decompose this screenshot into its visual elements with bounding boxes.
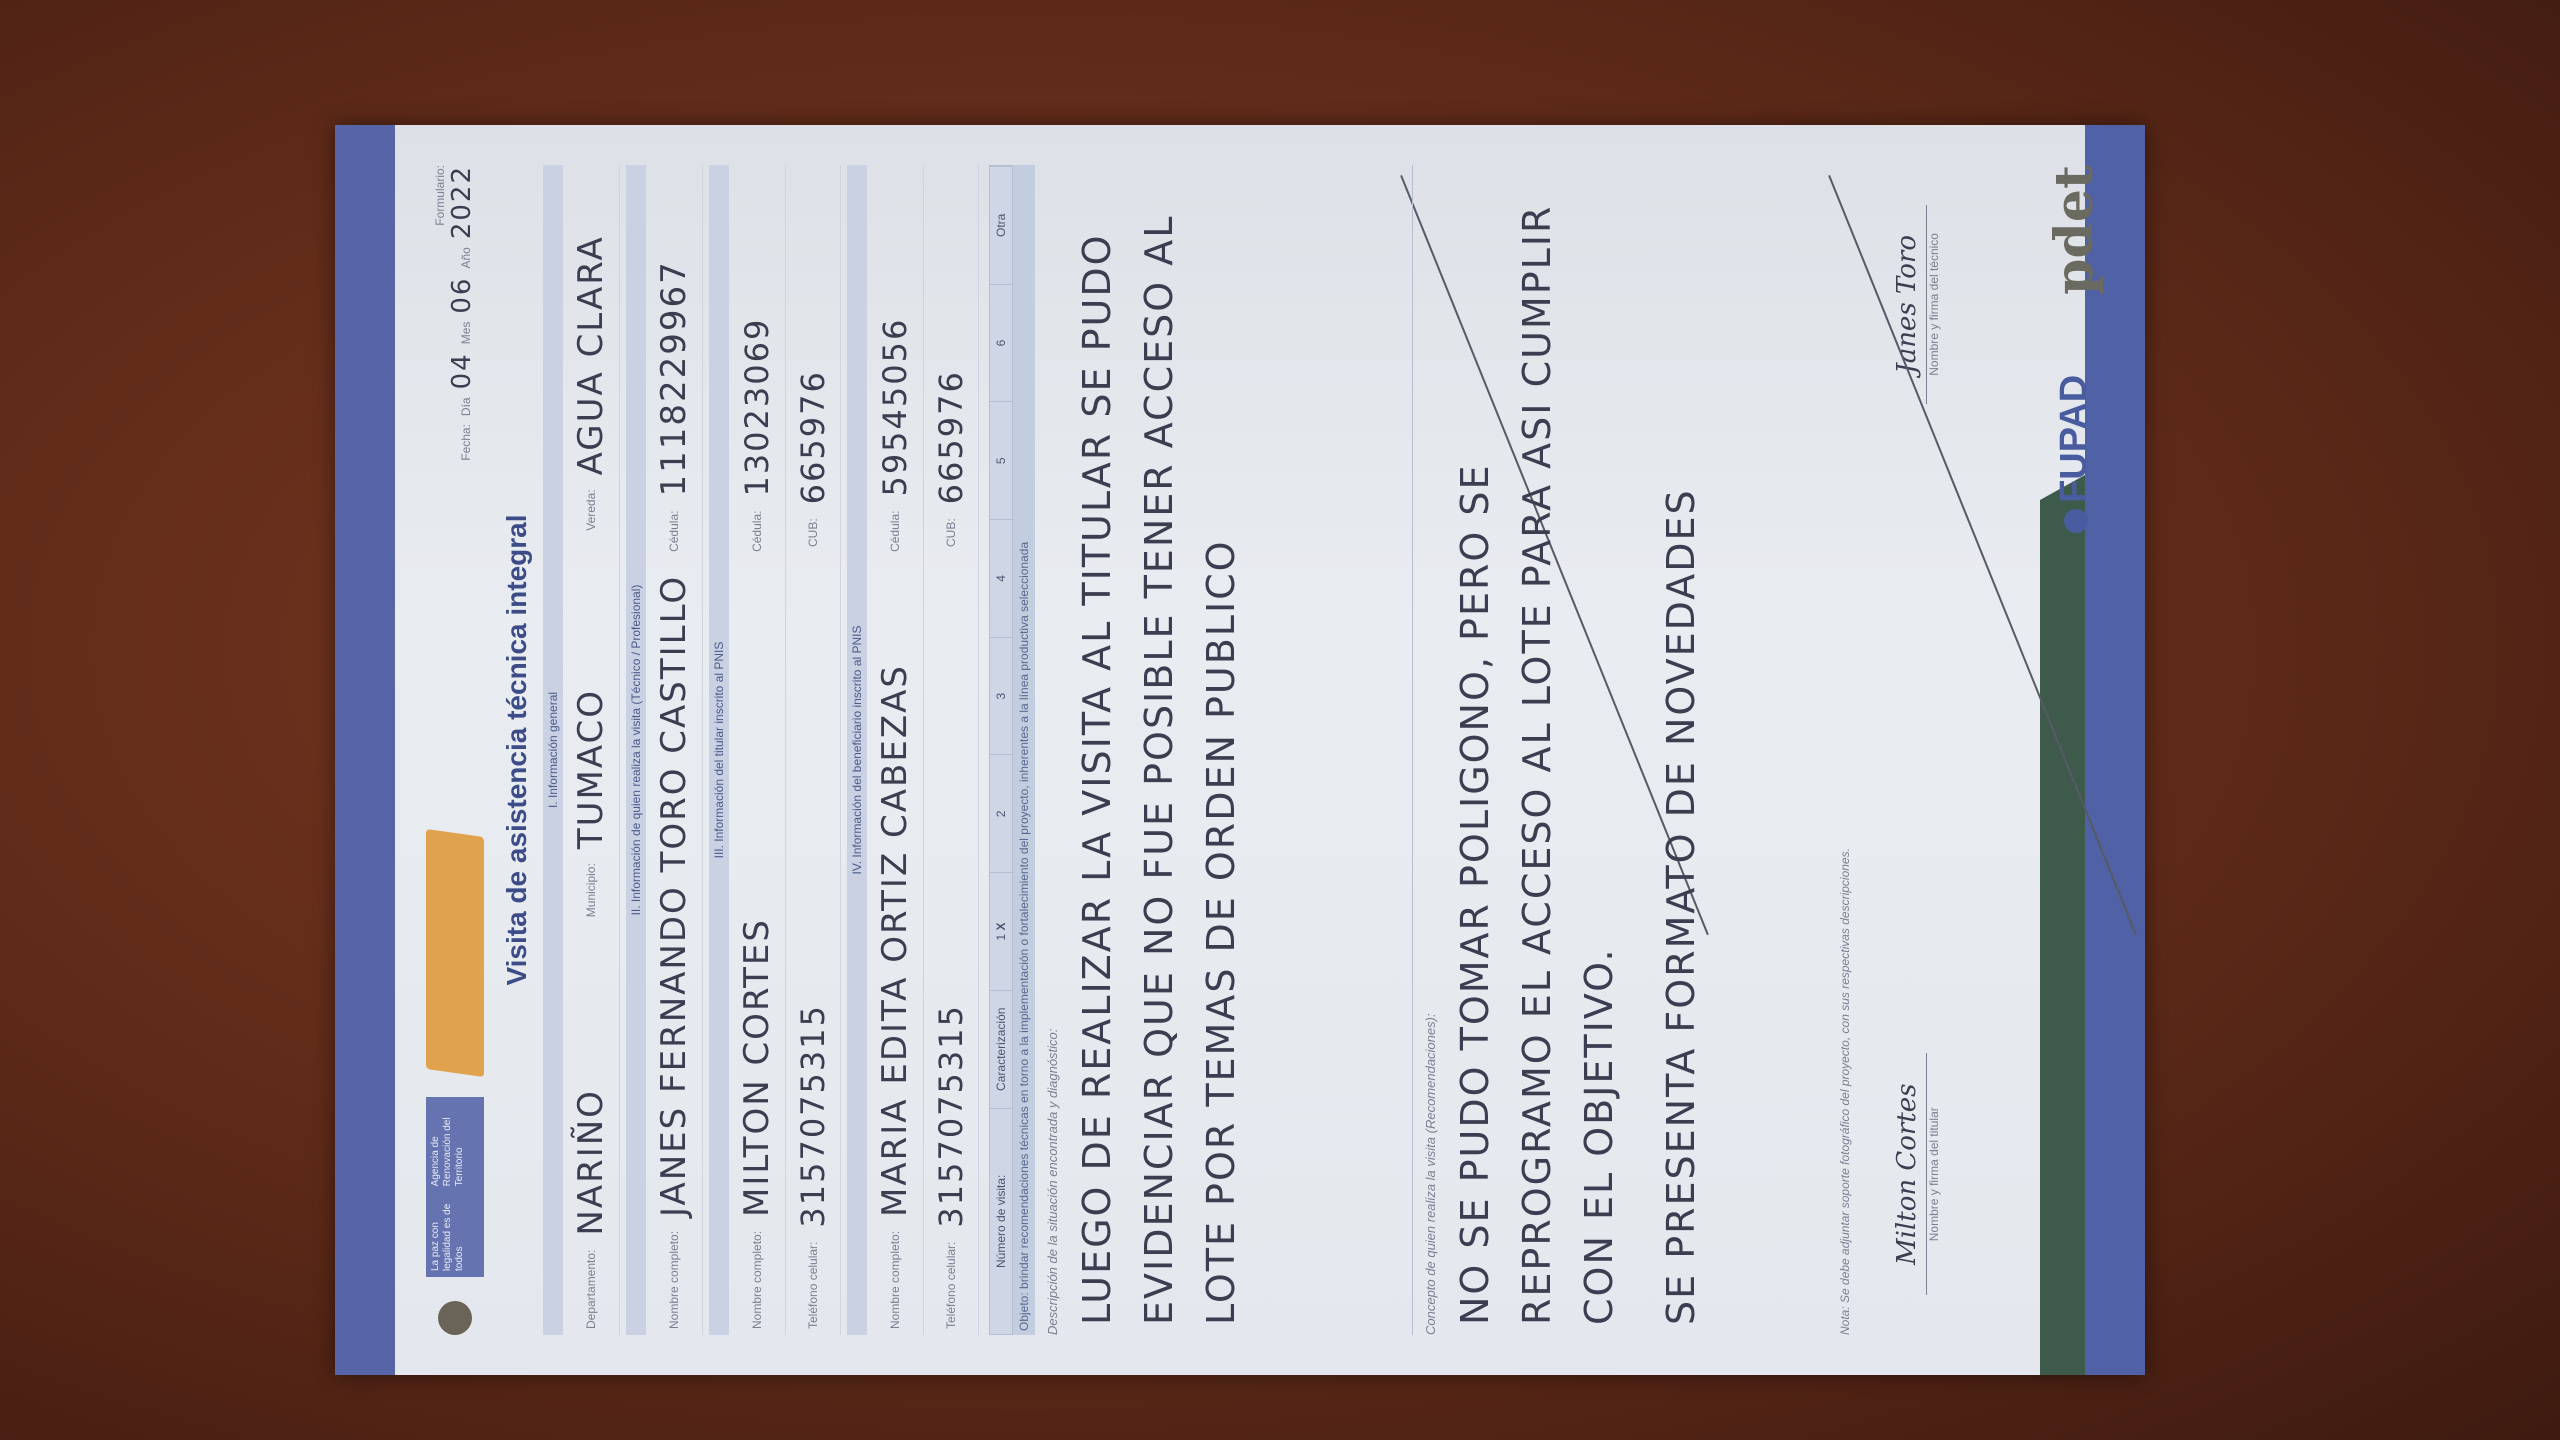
visit-col-2: 2	[990, 754, 1012, 872]
top-band	[335, 125, 395, 1375]
formulario-label: Formulario:	[433, 165, 447, 461]
vereda-value: AGUA CLARA	[571, 171, 611, 475]
beneficiary-phone: 3157075315	[932, 561, 970, 1228]
beneficiary-cedula: 59545056	[876, 171, 914, 497]
globe-icon	[2064, 509, 2088, 533]
titular-name: MILTON CORTES	[737, 566, 777, 1217]
tecnico-signature: Janes Toro Nombre y firma del técnico	[1892, 205, 1941, 404]
visitor-name: JANES FERNANDO TORO CASTILLO	[654, 566, 694, 1217]
pdet-logo: pdet	[2044, 165, 2105, 295]
municipio-value: TUMACO	[571, 545, 611, 849]
date-day: 04	[447, 352, 477, 389]
visit-mark: X	[994, 923, 1008, 931]
departamento-value: NARIÑO	[571, 931, 611, 1235]
fupad-logo: FUPAD	[2053, 375, 2096, 533]
description-label: Descripción de la situación encontrada y…	[1045, 165, 1060, 1335]
titular-signature: Milton Cortes Nombre y firma del titular	[1892, 1053, 1941, 1295]
footer-logos: FUPAD pdet	[2044, 165, 2105, 1335]
visit-col-other: Otra	[990, 166, 1012, 284]
date-block: Formulario: Fecha: Día 04 Mes 06 Año 202…	[433, 165, 477, 461]
visitor-row: Nombre completo: JANES FERNANDO TORO CAS…	[646, 165, 703, 1335]
government-logo: La paz con legalidad es de todos Agencia…	[426, 1097, 484, 1277]
general-info-row: Departamento: NARIÑO Municipio: TUMACO V…	[563, 165, 620, 1335]
visit-number-table: Número de visita: Caracterización 1 X 2 …	[989, 165, 1013, 1335]
form-header: La paz con legalidad es de todos Agencia…	[415, 165, 495, 1335]
concept-text: NO SE PUDO TOMAR POLIGONO, PERO SE REPRO…	[1438, 165, 1830, 1335]
visitor-cedula: 1118229967	[654, 171, 694, 497]
concept-label: Concepto de quien realiza la visita (Rec…	[1423, 165, 1438, 1335]
visit-col-6: 6	[990, 284, 1012, 402]
beneficiary-name: MARIA EDITA ORTIZ CABEZAS	[875, 566, 915, 1217]
signature-row: Milton Cortes Nombre y firma del titular…	[1892, 165, 1941, 1335]
colombia-shield-icon	[438, 1301, 472, 1335]
fecha-label: Fecha:	[459, 424, 473, 461]
section-visitor-info: II. Información de quien realiza la visi…	[626, 165, 646, 1335]
beneficiary-phone-row: Teléfono celular: 3157075315 CUB: 665976	[924, 165, 979, 1335]
titular-cub: 665976	[794, 171, 832, 504]
titular-phone: 3157075315	[794, 561, 832, 1228]
visit-objective: Objeto: brindar recomendaciones técnicas…	[1013, 165, 1035, 1335]
date-year: 2022	[447, 165, 477, 239]
section-beneficiary-info: IV. Información del beneficiario inscrit…	[847, 165, 867, 1335]
document-photo: La paz con legalidad es de todos Agencia…	[330, 120, 2150, 1380]
titular-phone-row: Teléfono celular: 3157075315 CUB: 665976	[786, 165, 841, 1335]
beneficiary-name-row: Nombre completo: MARIA EDITA ORTIZ CABEZ…	[867, 165, 924, 1335]
concept-section: Concepto de quien realiza la visita (Rec…	[1412, 165, 1830, 1335]
form-sheet: La paz con legalidad es de todos Agencia…	[335, 125, 2145, 1375]
titular-cedula: 13023069	[738, 171, 776, 497]
form-title: Visita de asistencia técnica integral	[501, 165, 533, 1335]
titular-name-row: Nombre completo: MILTON CORTES Cédula: 1…	[729, 165, 786, 1335]
beneficiary-cub: 665976	[932, 171, 970, 504]
visit-col-4: 4	[990, 519, 1012, 637]
photo-note: Nota: Se debe adjuntar soporte fotográfi…	[1838, 165, 1852, 1335]
date-month: 06	[447, 277, 477, 314]
visit-col-5: 5	[990, 401, 1012, 519]
section-titular-info: III. Información del titular inscrito al…	[709, 165, 729, 1335]
visit-col-1: 1 X	[990, 872, 1012, 990]
section-general-info: I. Información general	[543, 165, 563, 1335]
program-logo	[426, 829, 484, 1077]
visit-col-3: 3	[990, 637, 1012, 755]
description-text: LUEGO DE REALIZAR LA VISITA AL TITULAR S…	[1060, 165, 1402, 1335]
